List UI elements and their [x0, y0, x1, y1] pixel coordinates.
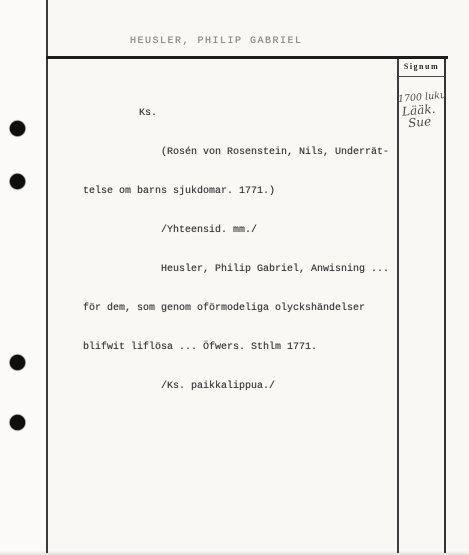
punch-hole [10, 355, 25, 370]
punch-hole [10, 415, 25, 430]
signum-label: Signum [397, 62, 446, 71]
punch-hole [10, 174, 25, 189]
body-line: /Yhteensid. mm./ [83, 224, 389, 237]
typewritten-body: Ks. (Rosén von Rosenstein, Nils, Underrä… [83, 81, 389, 419]
scan-edge-shadow [0, 551, 469, 555]
card-left-border [46, 0, 48, 553]
handwritten-line: Sue [408, 114, 447, 129]
body-line: Ks. [83, 107, 389, 120]
body-line: /Ks. paikkalippua./ [83, 380, 389, 393]
card-heading: HEUSLER, PHILIP GABRIEL [130, 36, 303, 47]
heading-rule [46, 56, 448, 59]
body-line: (Rosén von Rosenstein, Nils, Underrät- [83, 146, 389, 159]
body-line: Heusler, Philip Gabriel, Anwisning ... [83, 263, 389, 276]
signum-column-left-border [397, 59, 399, 553]
signum-label-underline [399, 76, 444, 77]
binder-margin [0, 0, 46, 555]
body-line: telse om barns sjukdomar. 1771.) [83, 185, 389, 198]
body-line: för dem, som genom oförmodeliga olyckshä… [83, 302, 389, 315]
signum-handwritten-note: 1700 luku Lääk. Sue [398, 90, 447, 130]
signum-column-right-border [444, 59, 446, 553]
punch-hole [10, 121, 25, 136]
catalog-card-scan: HEUSLER, PHILIP GABRIEL Signum 1700 luku… [0, 0, 469, 555]
body-line: blifwit liflösa ... Öfwers. Sthlm 1771. [83, 341, 389, 354]
